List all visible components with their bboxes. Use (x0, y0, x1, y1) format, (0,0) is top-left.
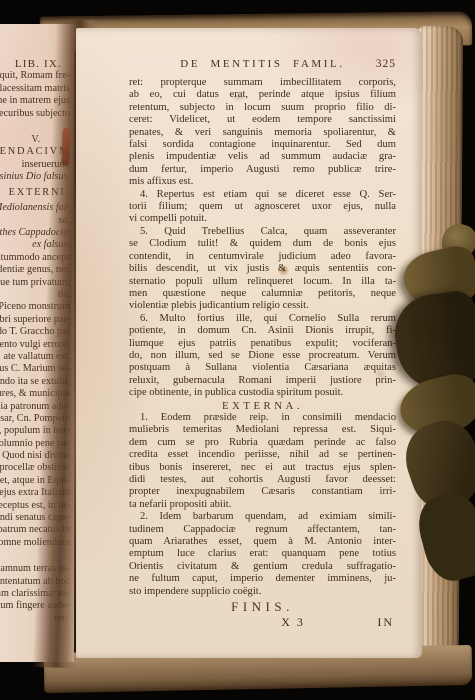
text-line: liumque ejus patriis penatibus expulit; … (129, 338, 396, 350)
fingers-holding-page (394, 218, 475, 588)
gutter-stain (61, 128, 70, 166)
text-line: quam Ariarathes esset, quem à M. Antonio… (129, 536, 396, 548)
text-line: dem cum se pro Rubria quædam perinde ac … (129, 437, 396, 449)
text-line: tudinem Cappadociæ regnum affectantem, t… (129, 524, 396, 536)
text-line: dum fertur, imperio Augusti remo publicæ… (129, 164, 396, 176)
body-text: ret: propterque summam imbecillitatem co… (129, 77, 396, 614)
text-line: sternatio populi ullum relinqueret locum… (129, 276, 396, 288)
text-line: do, non illum, sed se Dione esse procrea… (129, 350, 396, 362)
signature-mark: X 3 (281, 615, 305, 629)
text-line: cipe obtinente, in publica custodia spir… (129, 387, 396, 399)
antique-book-photo: LIB. IX.nquit, Romam fre-ue lacessitam m… (0, 0, 475, 700)
text-line: postquam à Sullana violentia Cæsariana æ… (129, 362, 396, 374)
text-line: vi compelli potuit. (129, 213, 396, 225)
page-number: 325 (376, 58, 396, 70)
text-line: ta nefarii propositi abiit. (129, 499, 396, 511)
text-line: Orientis civitatum & gentium credula suf… (129, 561, 396, 573)
text-line: mis affixus est. (129, 176, 396, 188)
text-line: 6. Multo fortius ille, qui Cornelio Sull… (129, 313, 396, 325)
text-line: potiente, in domum Cn. Asinii Dionis irr… (129, 325, 396, 337)
right-page: DE MENTITIS FAMIL. 325 ret: propterque s… (76, 28, 422, 658)
text-line: ret: propterque summam imbecillitatem co… (129, 77, 396, 89)
text-line: 1. Eodem præside reip. in consimili mend… (129, 412, 396, 424)
text-line: EXTERNA. (129, 400, 396, 412)
text-line: 2. Idem barbarum quendam, ad eximiam sim… (129, 511, 396, 523)
text-line: credita esset incendio periisse, nihil a… (129, 449, 396, 461)
text-line: emptum luce clarius erat: quanquam pene … (129, 548, 396, 560)
text-line: torii filium; quem ut agnosceret uxor ej… (129, 201, 396, 213)
text-line: FINIS. (129, 599, 396, 614)
text-line: retentum, subjecto in locum suum proprio… (129, 102, 396, 114)
text-line: muliebris temeritas Mediolani repressa e… (129, 424, 396, 436)
text-line: bilis descendit, ut vix justis & æquis s… (129, 263, 396, 275)
text-line: propter inexpugnabilem Cæsaris constanti… (129, 486, 396, 498)
text-line: penates, & veri sanguinis memoria spolia… (129, 127, 396, 139)
text-line: 5. Quid Trebellius Calca, quam asseveran… (129, 226, 396, 238)
finger-base (412, 487, 475, 586)
text-line: ne fultum caput, imperio dementer immine… (129, 573, 396, 585)
text-line: contendit, in centumvirale judicium adeo… (129, 251, 396, 263)
text-line: sto impendere supplicio coëgit. (129, 586, 396, 598)
text-line: se Clodium tulit! & quidem dum de bonis … (129, 238, 396, 250)
text-line: violentiæ plebis judicantium religio ces… (129, 300, 396, 312)
signature-line: X 3 IN (129, 615, 396, 629)
text-line: ab eo, cui datus erat, perinde atque ips… (129, 89, 396, 101)
page-title: DE MENTITIS FAMIL. (180, 58, 344, 70)
text-line: ceret: Videlicet, ut eodem tempore sanct… (129, 114, 396, 126)
catchword: IN (377, 615, 394, 629)
text-line: didi testes, aut cohortis Augusti favor … (129, 474, 396, 486)
text-line: plenis impudentiæ velis ad summum audaci… (129, 151, 396, 163)
text-line: tibus bonis insereret, nec ei aut tractu… (129, 462, 396, 474)
text-line: 4. Repertus est etiam qui se diceret ess… (129, 189, 396, 201)
text-line: men quæstione neque calumniæ petitoris, … (129, 288, 396, 300)
text-line: reluxit, gubernacula Romani imperii just… (129, 375, 396, 387)
running-header: DE MENTITIS FAMIL. 325 (129, 58, 396, 72)
text-line: falsi sordida contagione inquinarentur. … (129, 139, 396, 151)
